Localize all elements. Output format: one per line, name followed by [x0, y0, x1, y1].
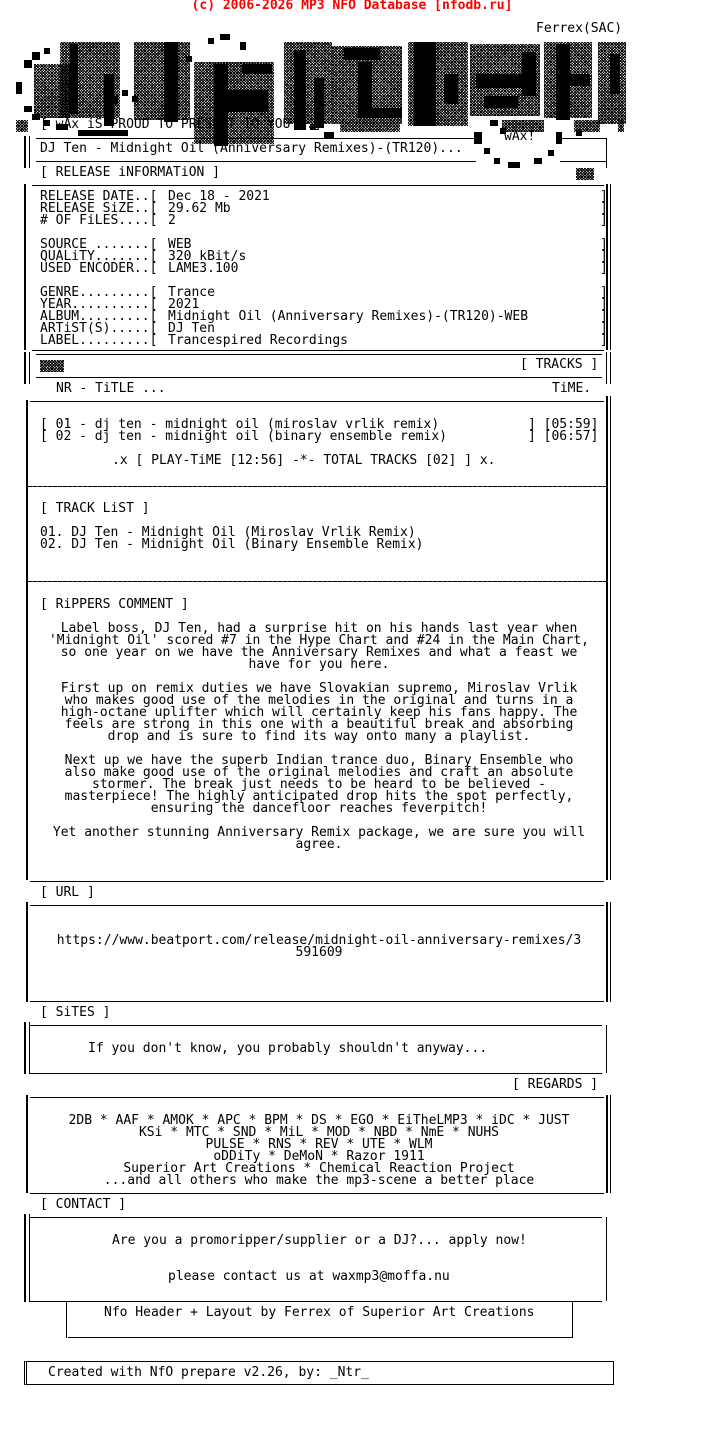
created-with-text: Created with NfO prepare v2.26, by: _Ntr…	[48, 1367, 369, 1379]
track-row: [ 02 - dj ten - midnight oil (binary ens…	[40, 431, 447, 443]
regards-line: ...and all others who make the mp3-scene…	[32, 1175, 606, 1187]
sites-text: If you don't know, you probably shouldn'…	[88, 1043, 487, 1055]
shade-block	[576, 168, 594, 180]
section-title-rippers-comment: [ RiPPERS COMMENT ]	[40, 599, 189, 611]
section-title-sites: [ SiTES ]	[40, 1007, 110, 1019]
shade-block	[574, 120, 600, 132]
shade-block	[340, 120, 400, 132]
field-value: Midnight Oil (Anniversary Remixes)-(TR12…	[168, 311, 528, 323]
section-title-regards: [ REGARDS ]	[512, 1079, 598, 1091]
comment-line: drop and is sure to find its way onto ma…	[32, 731, 606, 743]
present-line: [ wAx iS PROUD TO PRESENT TO YOU ..]	[40, 119, 322, 131]
section-title-contact: [ CONTACT ]	[40, 1199, 126, 1211]
bracket-col: ] ] ] ] ] ] ] ] ] ] ]	[600, 191, 608, 347]
column-header-title: NR - TiTLE ...	[56, 383, 166, 395]
field-value: 29.62 Mb	[168, 203, 231, 215]
contact-email[interactable]: please contact us at waxmp3@moffa.nu	[168, 1271, 450, 1283]
section-title-tracks: [ TRACKS ]	[520, 359, 598, 371]
column-header-time: TiME.	[552, 383, 591, 395]
field-value: 2	[168, 215, 176, 227]
comment-line: agree.	[32, 839, 606, 851]
contact-apply: Are you a promoripper/supplier or a DJ?.…	[112, 1235, 527, 1247]
track-time: ] [06:57]	[528, 431, 598, 443]
field-value: Trancespired Recordings	[168, 335, 348, 347]
field-label: USED ENCODER..[	[40, 263, 157, 275]
comment-line: ensuring the dancefloor reaches feverpit…	[32, 803, 606, 815]
rippers-comment-text: Label boss, DJ Ten, had a surprise hit o…	[32, 623, 606, 851]
group-tag: wAx!	[504, 131, 535, 143]
ascii-logo	[14, 34, 626, 124]
field-label: # OF FiLES....[	[40, 215, 157, 227]
comment-line: have for you here.	[32, 659, 606, 671]
copyright-banner: (c) 2006-2026 MP3 NFO Database [nfodb.ru…	[0, 0, 704, 12]
section-title-track-list: [ TRACK LiST ]	[40, 503, 150, 515]
release-title: DJ Ten - Midnight Oil (Anniversary Remix…	[40, 143, 463, 155]
shade-block	[618, 120, 624, 132]
release-url-link-cont[interactable]: 591609	[32, 947, 606, 959]
track-list-item: 02. DJ Ten - Midnight Oil (Binary Ensemb…	[40, 539, 424, 551]
field-value: LAME3.100	[168, 263, 238, 275]
playtime-summary: .x [ PLAY-TiME [12:56] -*- TOTAL TRACKS …	[112, 455, 496, 467]
field-label: LABEL.........[	[40, 335, 157, 347]
section-title-url: [ URL ]	[40, 887, 95, 899]
layout-credit: Nfo Header + Layout by Ferrex of Superio…	[104, 1307, 534, 1319]
section-title-release-info: [ RELEASE iNFORMATiON ]	[40, 167, 220, 179]
shade-block	[40, 360, 64, 372]
shade-block	[16, 120, 28, 132]
